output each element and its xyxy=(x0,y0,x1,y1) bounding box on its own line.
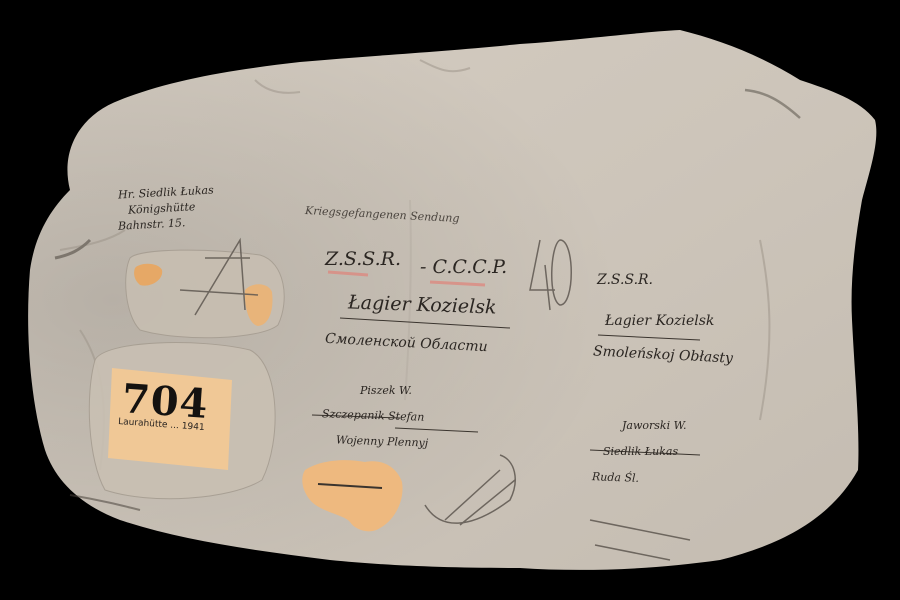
lower-center-line1: Piszek W. xyxy=(360,385,412,396)
lower-center-line3: Wojenny Plennyj xyxy=(336,434,429,448)
right-country: Z.S.S.R. xyxy=(597,273,653,287)
lower-right-line2: Siedlik Łukas xyxy=(603,446,678,457)
right-camp: Łagier Kozielsk xyxy=(605,314,714,328)
sender-street: Bahnstr. 15. xyxy=(118,217,186,232)
lower-right-line3: Ruda Śl. xyxy=(592,471,639,484)
lower-center-line2: Szczepanik Stefan xyxy=(322,408,425,423)
lower-right-line1: Jaworski W. xyxy=(622,420,686,431)
country-cccp: - C.C.C.P. xyxy=(420,258,507,277)
country-zssr: Z.S.S.R. xyxy=(325,250,401,269)
sender-city: Königshütte xyxy=(128,201,196,216)
camp-name: Łagier Kozielsk xyxy=(348,293,497,317)
photo-stage: Hr. Siedlik Łukas Königshütte Bahnstr. 1… xyxy=(0,0,900,600)
